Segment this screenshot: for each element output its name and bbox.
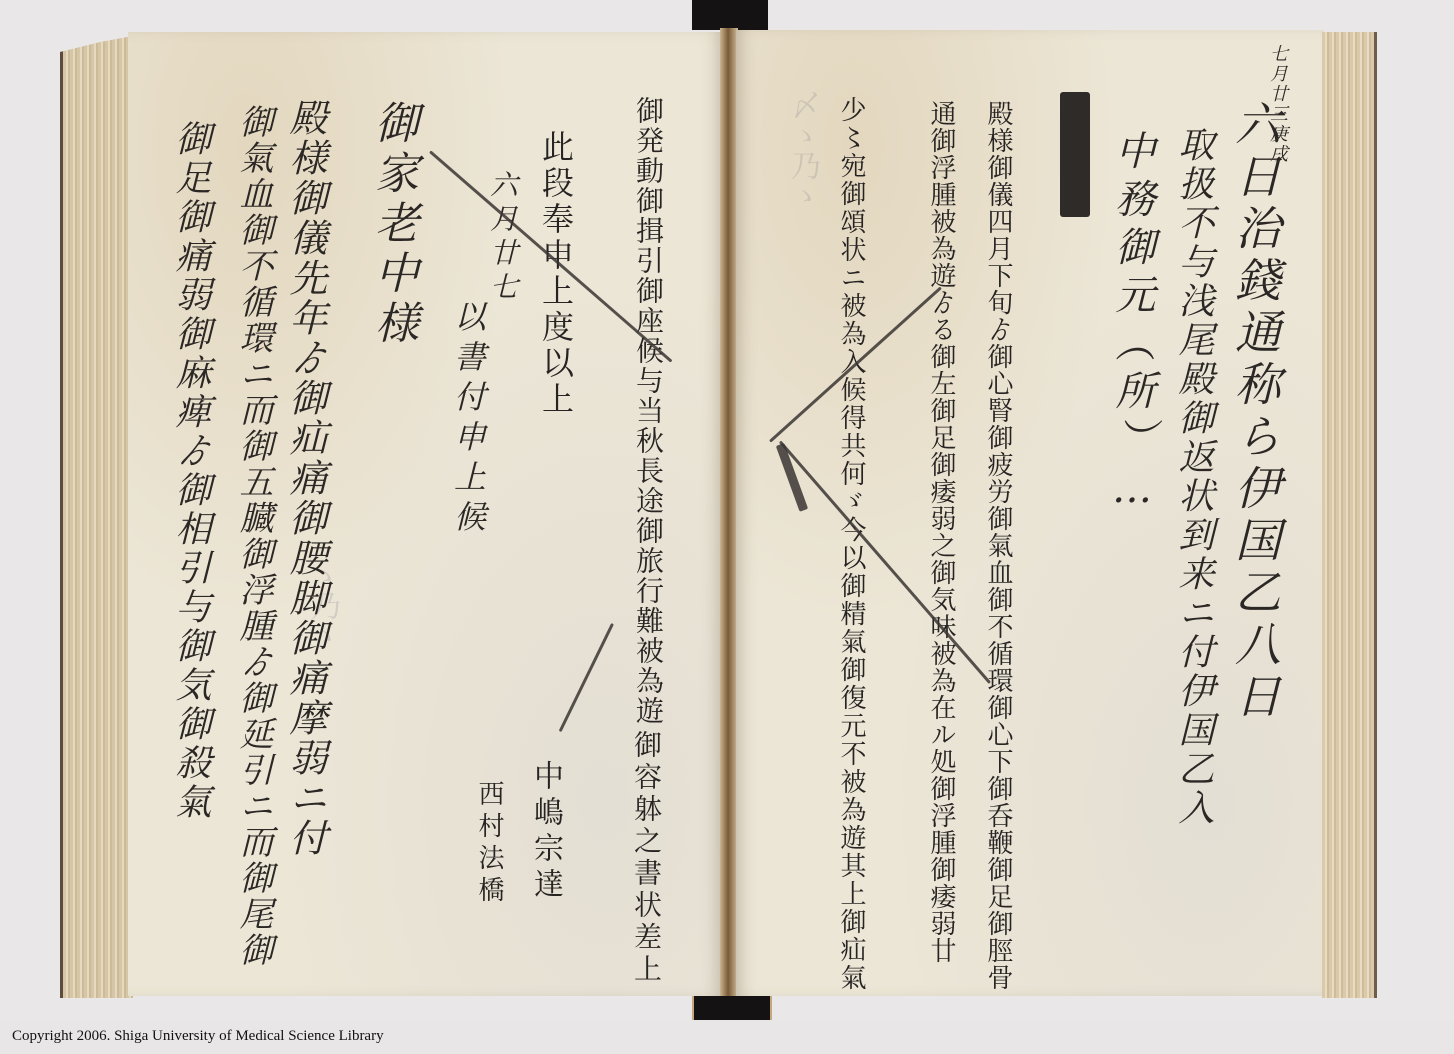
left-text-column-4: 西村法橋 (476, 780, 502, 908)
left-text-column-3: 中嶋宗達 (530, 760, 560, 904)
redaction-mark (1060, 92, 1090, 217)
right-text-column-3: 中務御元（所）… (1112, 130, 1152, 520)
left-page-block-edge (60, 36, 133, 998)
right-page-block-edge (1322, 32, 1377, 998)
right-text-column-5: 通御浮腫被為遊ゟる御左御足御痿弱之御気味被為在ル処御浮腫御痿弱廿 (928, 100, 954, 964)
copyright-notice: Copyright 2006. Shiga University of Medi… (12, 1028, 384, 1045)
right-text-column-6: 少〻宛御頌状ニ被為入候得共何ゞ今以御精氣御復元不被為遊其上御疝氣 (838, 96, 864, 992)
bleed-through-ink: 〆ゝ乃ゝ (780, 90, 824, 210)
left-text-column-2: 御容躰之書状差上 (632, 730, 660, 986)
left-text-column-11: 御足御痛弱御麻痺ゟ御相引与御気御殺氣 (172, 120, 208, 822)
binding-spine-top (692, 0, 768, 30)
left-text-column-6: 以書付申上候 (452, 300, 484, 540)
right-text-column-2: 取扱不与浅尾殿御返状到来ニ付伊国乙入 (1175, 126, 1211, 828)
left-text-column-10: 御氣血御不循環ニ而御五臓御浮腫ゟ御延引ニ而御尾御 (236, 104, 270, 968)
left-text-column-5: 六月廿七 (488, 170, 516, 306)
left-text-column-9: 殿様御儀先年ゟ御疝痛御腰脚御痛摩弱ニ付 (286, 98, 324, 858)
binding-spine-bottom (692, 996, 772, 1020)
left-text-column-8: 御家老中様 (370, 100, 414, 350)
left-text-column-1: 御発動御揖引御座候与当秋長途御旅行難被為遊 (634, 96, 662, 726)
right-text-column-4: 殿様御儀四月下旬ゟ御心腎御疲労御氣血御不循環御心下御呑鞭御足御脛骨 (985, 100, 1011, 991)
right-text-column-1: 六日治錢通称ら伊国乙八日 (1232, 100, 1278, 724)
left-text-column-7: 此段奉申上度以上 (540, 130, 572, 418)
